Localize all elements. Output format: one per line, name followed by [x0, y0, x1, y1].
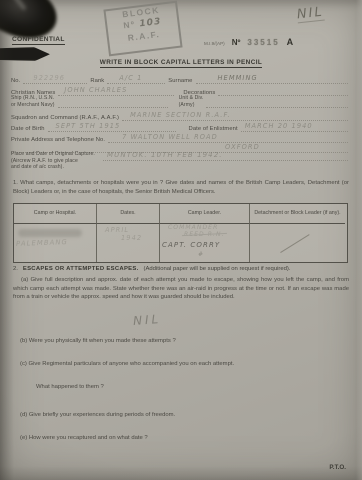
field-label-dob: Date of Birth [11, 126, 45, 132]
ref-number-stamped: 33515 [247, 38, 279, 47]
table-header-dates: Dates. [96, 204, 159, 224]
capture-label-line3: and date of a/c crash). [11, 164, 103, 171]
unit-label-line1: Unit & Div. [179, 95, 204, 102]
table-header-leader: Camp Leader. [159, 204, 249, 224]
field-label-ship: Ship (R.N., U.S.N. or Merchant Navy) [11, 95, 55, 108]
nil-slash-mark [280, 234, 310, 253]
handwritten-camp: PALEMBANG [16, 238, 68, 248]
table-cell-camp: PALEMBANG [14, 224, 96, 262]
handwritten-leader: CAPT. CORRY [162, 241, 220, 249]
field-label-enlistment: Date of Enlistment [189, 126, 238, 132]
table-cell-detachment [249, 224, 345, 262]
field-value-address: 7 WALTON WELL ROAD [108, 133, 348, 143]
capture-label-line1: Place and Date of Original Capture. [11, 151, 103, 158]
field-value-unit [206, 98, 348, 108]
ref-no-prefix: Nº [232, 38, 241, 47]
handwritten-rank: A/C 1 [119, 74, 142, 82]
scanned-pow-liberation-questionnaire: CONFIDENTIAL BLOCK Nº 103 R.A.F. NIL M.I… [0, 0, 362, 480]
field-label-capture: Place and Date of Original Capture. (Air… [11, 151, 103, 171]
question2-heading-rest: (Additional paper will be supplied on re… [144, 266, 291, 272]
field-value-enlistment: MARCH 20 1940 [241, 122, 348, 132]
ship-label-line2: or Merchant Navy) [11, 102, 55, 109]
pto-label: P.T.O. [329, 464, 346, 471]
field-value-no: 922296 [23, 74, 87, 84]
ship-label-line1: Ship (R.N., U.S.N. [11, 95, 55, 102]
field-label-rank: Rank [90, 78, 104, 84]
handwritten-leader-mark: # [198, 251, 204, 258]
field-value-surname: HEMMING [196, 74, 349, 84]
question2a-text: (a) Give full description and approx. da… [13, 276, 349, 302]
handwritten-squadron: MARINE SECTION R.A.F. [130, 111, 231, 119]
handwritten-enlistment: MARCH 20 1940 [245, 122, 313, 130]
row-no-rank-surname: No. 922296 Rank A/C 1 Surname HEMMING [11, 74, 348, 84]
handwritten-christian-names: JOHN CHARLES [64, 86, 127, 94]
capture-dotted-line [103, 160, 348, 161]
camps-table: Camp or Hospital. Dates. Camp Leader. De… [13, 203, 348, 263]
field-label-no: No. [11, 78, 20, 84]
handwritten-address-city: OXFORD [225, 143, 260, 151]
question2c-text: (c) Give Regimental particulars of anyon… [20, 360, 349, 369]
stamp-number-handwritten: 103 [139, 17, 162, 30]
mi9-reference-number: M.I.9/(AP) Nº 33515 A [204, 37, 293, 47]
question2-heading: 2. ESCAPES OR ATTEMPTED ESCAPES. (Additi… [13, 266, 291, 272]
nil-answer: NIL [133, 312, 162, 328]
table-header-detachment: Detachment or Block Leader (if any). [249, 204, 345, 224]
row-capture: Place and Date of Original Capture. (Air… [11, 151, 348, 171]
field-label-squadron: Squadron and Command (R.A.F., A.A.F.) [11, 115, 119, 121]
table-cell-leader: COMMANDER REED R.N. CAPT. CORRY # [159, 224, 249, 262]
question2-heading-bold: ESCAPES OR ATTEMPTED ESCAPES. [23, 266, 139, 272]
erased-entry-smudge [18, 229, 82, 237]
ref-series: M.I.9/(AP) [204, 41, 225, 46]
handwritten-address: 7 WALTON WELL ROAD [122, 133, 218, 141]
question2e-text: (e) How were you recaptured and on what … [20, 434, 349, 443]
question2b-text: (b) Were you physically fit when you mad… [20, 337, 349, 346]
capture-label-line2: (Aircrew R.A.F. to give place [11, 158, 103, 165]
row-address: Private Address and Telephone No. 7 WALT… [11, 133, 348, 143]
handwritten-surname: HEMMING [218, 74, 258, 82]
row-dob-enlistment: Date of Birth SEPT 5TH 1915 Date of Enli… [11, 122, 348, 132]
form-title: WRITE IN BLOCK CAPITAL LETTERS IN PENCIL [0, 59, 362, 66]
confidential-label: CONFIDENTIAL [12, 36, 65, 45]
unit-label-line2: (Army) [179, 102, 204, 109]
question2c-followup-text: What happened to them ? [36, 383, 349, 392]
ref-suffix: A [287, 37, 294, 47]
field-value-dob: SEPT 5TH 1915 [48, 122, 176, 132]
handwritten-dates-line2: 1942 [121, 234, 142, 242]
row-ship-unit: Ship (R.N., U.S.N. or Merchant Navy) Uni… [11, 95, 348, 108]
block-raf-stamp: BLOCK Nº 103 R.A.F. [103, 1, 182, 57]
table-cell-dates: APRIL 1942 [96, 224, 159, 262]
handwritten-service-number: 922296 [33, 74, 65, 82]
question1-text: 1. What camps, detachments or hospitals … [13, 179, 349, 196]
handwritten-dates-line1: APRIL [105, 226, 129, 234]
question2d-text: (d) Give briefly your experiences during… [20, 411, 349, 420]
question2-number: 2. [13, 266, 18, 272]
field-label-unit: Unit & Div. (Army) [179, 95, 204, 108]
handwritten-leader-faint2: REED R.N. [184, 231, 225, 238]
row-squadron: Squadron and Command (R.A.F., A.A.F.) MA… [11, 111, 348, 121]
field-value-ship [58, 98, 168, 108]
stamp-no-prefix: Nº [123, 19, 136, 30]
field-value-rank: A/C 1 [107, 74, 165, 84]
nil-annotation-top: NIL [296, 5, 324, 24]
field-label-surname: Surname [168, 78, 192, 84]
handwritten-dob: SEPT 5TH 1915 [56, 122, 121, 130]
form-title-text: WRITE IN BLOCK CAPITAL LETTERS IN PENCIL [100, 59, 262, 68]
table-header-camp: Camp or Hospital. [14, 204, 96, 224]
field-value-capture: MUNTOK. 10TH FEB 1942. [103, 151, 348, 169]
field-value-squadron: MARINE SECTION R.A.F. [122, 111, 348, 121]
handwritten-capture: MUNTOK. 10TH FEB 1942. [107, 151, 223, 159]
handwritten-leader-faint1: COMMANDER [168, 224, 218, 231]
